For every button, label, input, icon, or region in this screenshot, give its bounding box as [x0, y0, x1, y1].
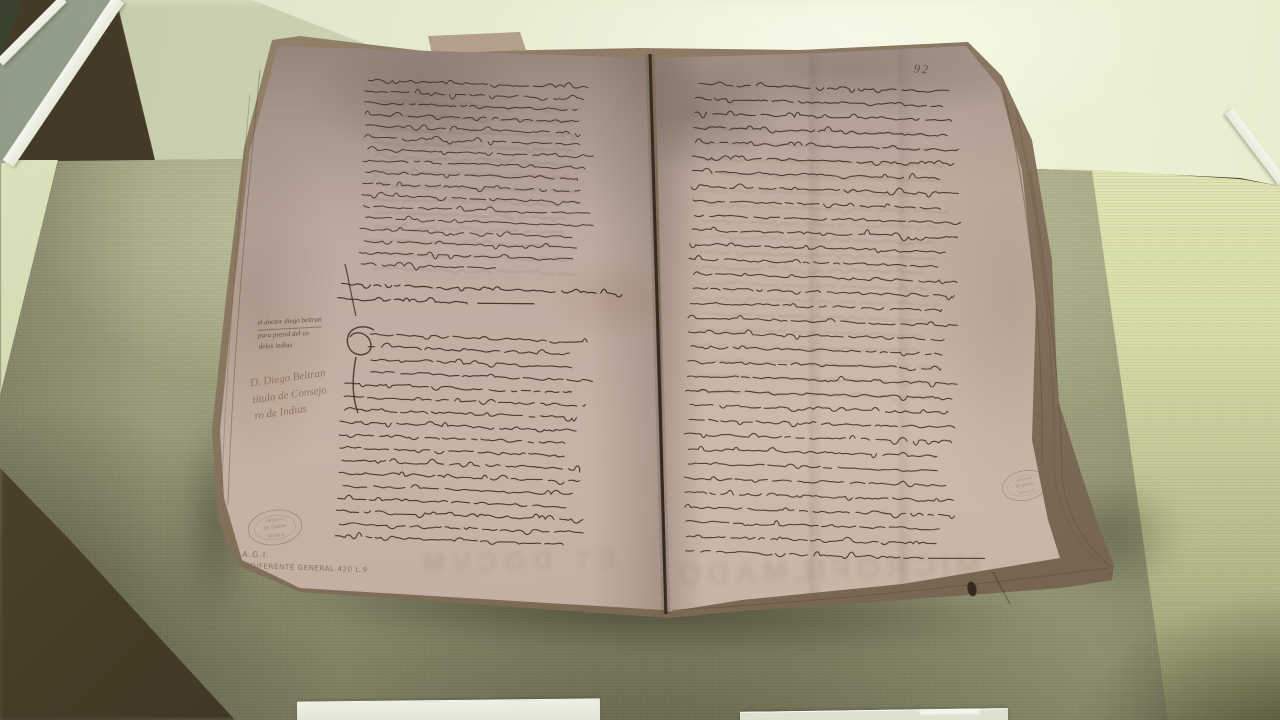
- museum-display-scene: ET DOCVM MICROFILMADO 92 ARCHIVO DE INDI…: [0, 0, 1280, 720]
- margin-note-titulo: D. Diego Beltrantitulo de Consejoro de I…: [249, 365, 331, 425]
- label-glint: [920, 710, 980, 715]
- margin-note-ink: el doctor diego beltranpara presid del c…: [257, 314, 323, 353]
- exhibit-label-card-left: [297, 698, 600, 720]
- bleedthrough-capitals-left: ET DOCVM: [415, 543, 617, 579]
- folio-number: 92: [913, 61, 930, 77]
- stamp-text-middle: DE INDIAS: [264, 523, 287, 531]
- stamp-text-bottom: SEVILLA: [267, 531, 285, 538]
- archive-stamp-left: ARCHIVO DE INDIAS SEVILLA: [244, 504, 307, 551]
